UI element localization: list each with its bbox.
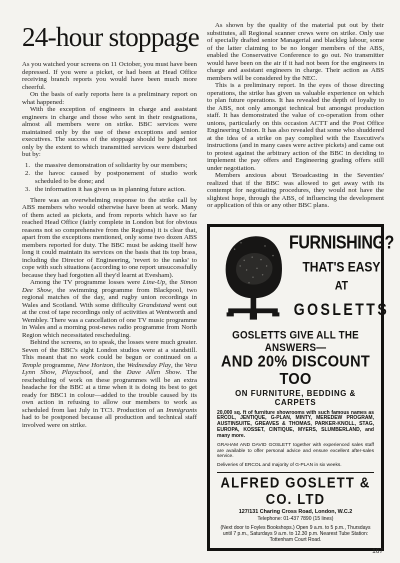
list-item: 1. the massive demonstration of solidari… [25, 162, 197, 170]
ad-brand-name: GOSLETTS [289, 299, 394, 318]
ad-tagline-answers: GOSLETTS GIVE ALL THE ANSWERS— [217, 329, 374, 353]
ad-telephone: Telephone: 01-437 7890 (15 lines) [217, 516, 374, 522]
list-item: 2. the havoc caused by postponement of s… [25, 170, 197, 185]
list-item-text: the havoc caused by postponement of stud… [35, 170, 197, 185]
article-paragraph: On the basis of early reports here is a … [22, 91, 197, 106]
ad-tagline-categories: ON FURNITURE, BEDDING & CARPETS [217, 389, 374, 407]
article-paragraph: Behind the screens, so to speak, the los… [22, 339, 197, 429]
page-content: 24-hour stoppage As you watched your scr… [0, 0, 400, 551]
ad-divider-rule [217, 472, 374, 473]
article-paragraph: Members anxious about 'Broadcasting in t… [207, 172, 384, 210]
list-item-text: the information it has given us in plann… [35, 186, 197, 194]
page-number: 167 [372, 548, 383, 555]
ad-headline-block: FURNISHING? THAT'S EASY AT GOSLETTS [289, 232, 394, 329]
article-paragraph: This is a preliminary report. In the eye… [207, 82, 384, 172]
ad-company-name: ALFRED GOSLETT & CO. LTD [217, 475, 374, 508]
list-item-text: the massive demonstration of solidarity … [35, 162, 197, 170]
list-item: 3. the information it has given us in pl… [25, 186, 197, 194]
article-paragraph: As you watched your screens on 11 Octobe… [22, 61, 197, 91]
article-paragraph: With the exception of engineers in charg… [22, 106, 197, 159]
goslett-advertisement: FURNISHING? THAT'S EASY AT GOSLETTS GOSL… [207, 224, 384, 551]
list-item-number: 2. [25, 170, 35, 185]
article-paragraph: Among the TV programme losses were Line-… [22, 279, 197, 339]
article-headline: 24-hour stoppage [22, 22, 197, 53]
ad-brands-paragraph: 20,000 sq. ft of furniture showrooms wit… [217, 411, 374, 441]
list-item-number: 1. [25, 162, 35, 170]
ad-headline-line3: AT [289, 279, 394, 293]
ad-header-row: FURNISHING? THAT'S EASY AT GOSLETTS [217, 232, 374, 329]
article-right-column: As shown by the quality of the material … [207, 22, 384, 551]
article-paragraph: As shown by the quality of the material … [207, 22, 384, 82]
ad-tagline-discount: AND 20% DISCOUNT TOO [217, 353, 374, 388]
article-paragraph: There was an overwhelming response to th… [22, 197, 197, 280]
list-item-number: 3. [25, 186, 35, 194]
magazine-page: { "page": { "number": "167" }, "article"… [0, 0, 400, 563]
ad-staff-paragraph: GRAHAM AND DAVID GOSLETT together with e… [217, 443, 374, 460]
article-left-column: 24-hour stoppage As you watched your scr… [22, 22, 197, 551]
article-columns: 24-hour stoppage As you watched your scr… [22, 22, 382, 551]
ad-headline-line2: THAT'S EASY [289, 258, 394, 274]
ad-opening-hours: (Next door to Foyles Bookshops.) Open 9 … [217, 525, 374, 543]
ad-address: 127/131 Charing Cross Road, London, W.C.… [217, 509, 374, 515]
egg-chair-image [217, 232, 289, 329]
ad-delivery-paragraph: Deliveries of ERCOL and majority of G-PL… [217, 463, 374, 469]
ad-headline-line1: FURNISHING? [289, 233, 394, 254]
numbered-list: 1. the massive demonstration of solidari… [25, 162, 197, 194]
